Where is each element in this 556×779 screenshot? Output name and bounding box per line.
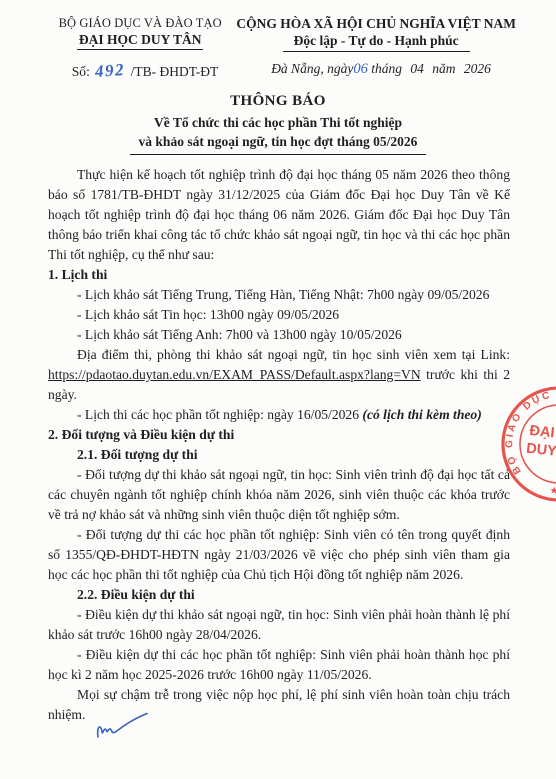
handwritten-initials-signature	[91, 709, 153, 749]
eligibility-exam-paragraph: - Đối tượng dự thi các học phần tốt nghi…	[48, 525, 510, 585]
list-item: - Lịch khảo sát Tiếng Anh: 7h00 và 13h00…	[48, 325, 510, 345]
intro-paragraph: Thực hiện kế hoạch tốt nghiệp trình độ đ…	[48, 165, 510, 265]
university-name: ĐẠI HỌC DUY TÂN	[77, 32, 204, 50]
section22-heading: 2.2. Điều kiện dự thi	[48, 585, 510, 605]
document-number: Số: 492 /TB- ĐHDT-ĐT	[44, 61, 246, 81]
dateline-rest: tháng 04 năm 2026	[371, 61, 491, 76]
condition-exam-paragraph: - Điều kiện dự thi các học phần tốt nghi…	[48, 645, 510, 685]
document-number-suffix: /TB- ĐHDT-ĐT	[131, 64, 219, 79]
stamp-star-icon: ★	[549, 485, 556, 497]
stamp-center-line2: DUY TÂN	[525, 439, 556, 464]
document-title: THÔNG BÁO	[0, 92, 556, 111]
document-number-colon: :	[86, 64, 90, 79]
place-dateline: Đà Nẵng, ngày06 tháng 04 năm 2026	[246, 61, 516, 78]
country-title: CỘNG HÒA XÃ HỘI CHỦ NGHĨA VIỆT NAM	[236, 16, 516, 32]
list-item: - Lịch khảo sát Tiếng Trung, Tiếng Hàn, …	[48, 285, 510, 305]
condition-survey-paragraph: - Điều kiện dự thi khảo sát ngoại ngữ, t…	[48, 605, 510, 645]
scanned-document-page: BỘ GIÁO DỤC VÀ ĐÀO TẠO ĐẠI HỌC DUY TÂN C…	[0, 0, 556, 779]
section2-heading: 2. Đối tượng và Điều kiện dự thi	[48, 425, 510, 445]
graduation-exam-date: - Lịch thi các học phần tốt nghiệp: ngày…	[77, 407, 359, 422]
document-number-label: Số	[72, 64, 86, 79]
national-motto: Độc lập - Tự do - Hạnh phúc	[283, 33, 470, 52]
national-motto-block: CỘNG HÒA XÃ HỘI CHỦ NGHĨA VIỆT NAM Độc l…	[236, 16, 516, 52]
place-day-label: Đà Nẵng, ngày	[271, 61, 353, 76]
document-body: Thực hiện kế hoạch tốt nghiệp trình độ đ…	[0, 155, 556, 725]
document-subtitle-line1: Về Tổ chức thi các học phần Thi tốt nghi…	[0, 113, 556, 132]
exam-schedule-url: https://pdaotao.duytan.edu.vn/EXAM_PASS/…	[48, 367, 421, 382]
section21-heading: 2.1. Đối tượng dự thi	[48, 445, 510, 465]
graduation-exam-schedule-line: - Lịch thi các học phần tốt nghiệp: ngày…	[48, 405, 510, 425]
signature-stroke	[98, 714, 147, 738]
exam-location-pre: Địa điểm thi, phòng thi khảo sát ngoại n…	[77, 347, 510, 362]
list-item: - Lịch khảo sát Tin học: 13h00 ngày 09/0…	[48, 305, 510, 325]
document-header: BỘ GIÁO DỤC VÀ ĐÀO TẠO ĐẠI HỌC DUY TÂN C…	[0, 0, 556, 52]
exam-location-paragraph: Địa điểm thi, phòng thi khảo sát ngoại n…	[48, 345, 510, 405]
issuing-authority-block: BỘ GIÁO DỤC VÀ ĐÀO TẠO ĐẠI HỌC DUY TÂN	[44, 16, 236, 52]
ministry-name: BỘ GIÁO DỤC VÀ ĐÀO TẠO	[44, 16, 236, 31]
document-subtitle-line2: và khảo sát ngoại ngữ, tin học đợt tháng…	[130, 132, 427, 155]
handwritten-document-number: 492	[95, 60, 126, 82]
document-title-block: THÔNG BÁO Về Tổ chức thi các học phần Th…	[0, 92, 556, 155]
attached-schedule-note: (có lịch thi kèm theo)	[362, 407, 481, 422]
section1-heading: 1. Lịch thi	[48, 265, 510, 285]
handwritten-day: 06	[353, 61, 368, 77]
eligibility-survey-paragraph: - Đối tượng dự thi khảo sát ngoại ngữ, t…	[48, 465, 510, 525]
university-red-stamp: BỘ GIÁO DỤC VÀ ĐÀO TẠO ĐẠI HỌC DUY TÂN ★	[483, 368, 556, 520]
document-meta-row: Số: 492 /TB- ĐHDT-ĐT Đà Nẵng, ngày06 thá…	[0, 52, 556, 81]
